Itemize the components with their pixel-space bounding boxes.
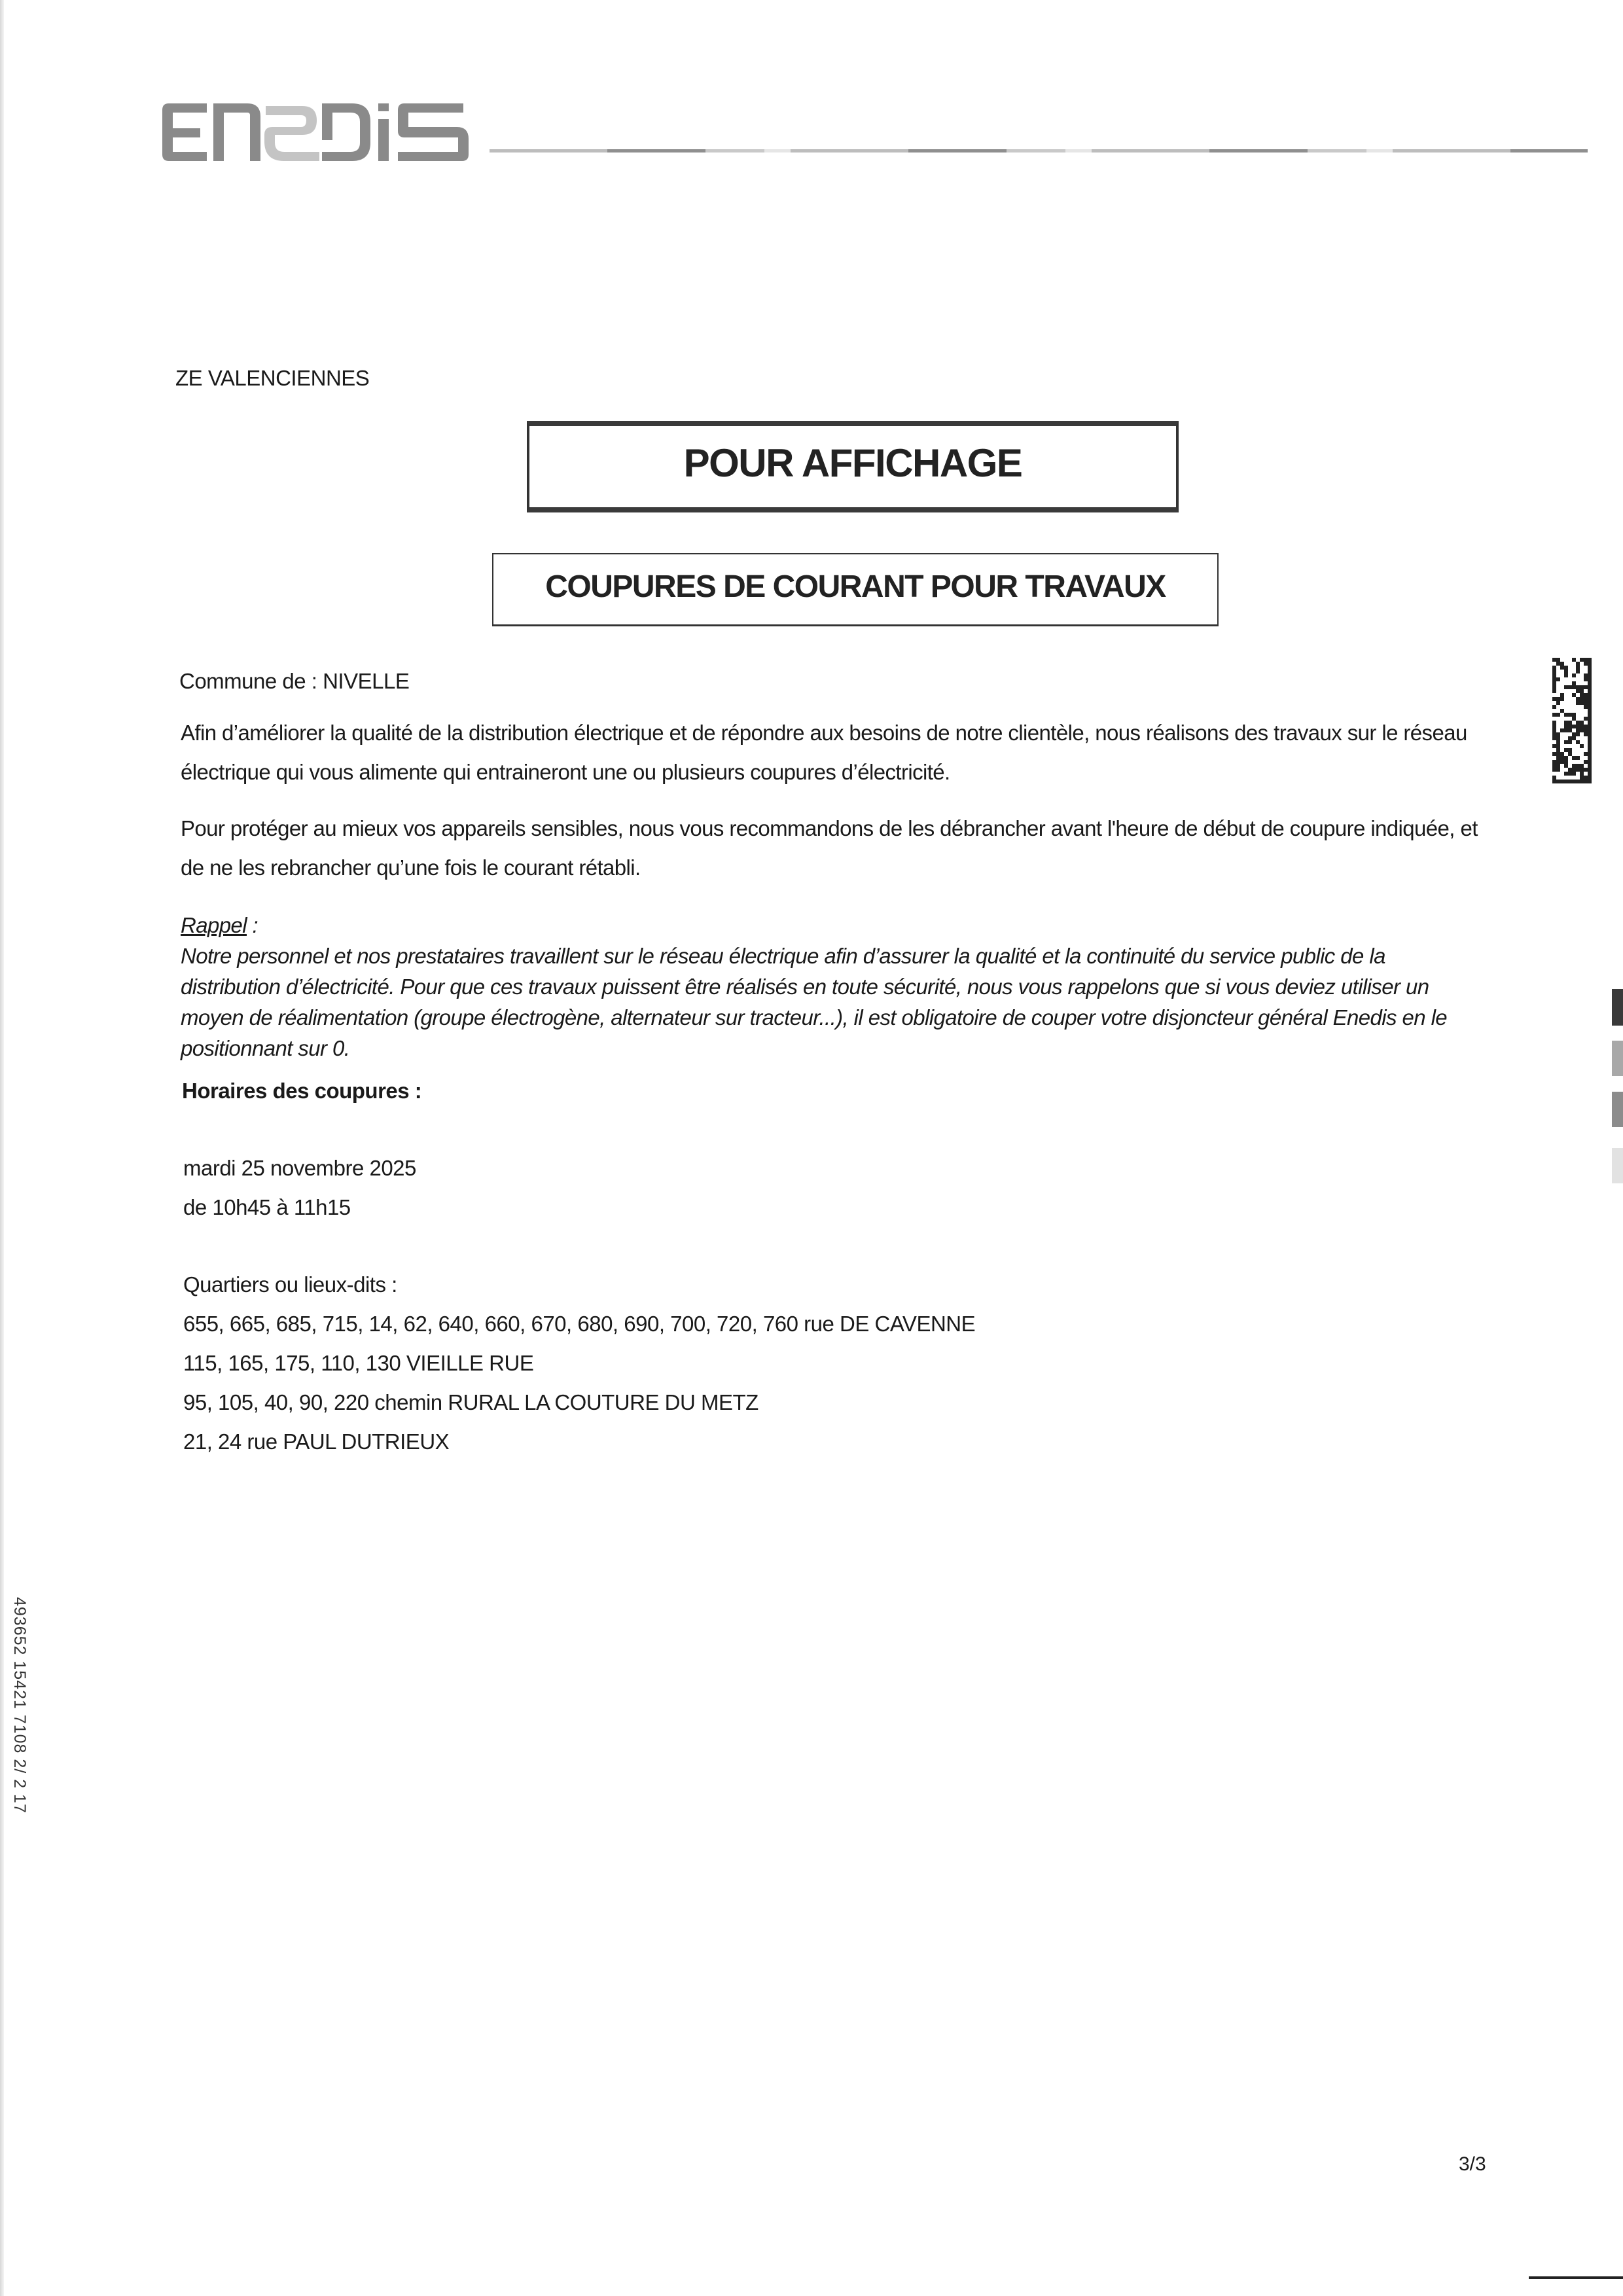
location-item: 21, 24 rue PAUL DUTRIEUX xyxy=(183,1431,449,1452)
reminder-colon: : xyxy=(247,913,258,937)
location-item: 95, 105, 40, 90, 220 chemin RURAL LA COU… xyxy=(183,1391,758,1413)
subtitle-box: COUPURES DE COURANT POUR TRAVAUX xyxy=(492,553,1219,626)
margin-print-code-text: 493652 15421 7108 2/ 2 17 xyxy=(10,1597,29,1814)
registration-mark xyxy=(1612,989,1623,1026)
enedis-logo-icon xyxy=(162,103,470,162)
protection-paragraph: Pour protéger au mieux vos appareils sen… xyxy=(181,809,1483,888)
locations-heading: Quartiers ou lieux-dits : xyxy=(183,1274,397,1295)
enedis-logo xyxy=(162,103,470,162)
schedule-heading: Horaires des coupures : xyxy=(182,1080,421,1102)
scan-margin-edge xyxy=(0,0,4,2296)
intro-paragraph: Afin d’améliorer la qualité de la distri… xyxy=(181,713,1483,792)
reminder-label: Rappel xyxy=(181,913,247,937)
banner-title: POUR AFFICHAGE xyxy=(529,440,1176,486)
margin-print-code: 493652 15421 7108 2/ 2 17 xyxy=(3,1597,29,1872)
reminder-block: Rappel : Notre personnel et nos prestata… xyxy=(181,910,1483,1064)
subtitle: COUPURES DE COURANT POUR TRAVAUX xyxy=(493,569,1217,605)
location-item: 115, 165, 175, 110, 130 VIEILLE RUE xyxy=(183,1352,533,1374)
page-number: 3/3 xyxy=(1459,2153,1486,2176)
datamatrix-barcode-icon xyxy=(1552,658,1593,786)
schedule-date: mardi 25 novembre 2025 xyxy=(183,1157,416,1179)
zone-label: ZE VALENCIENNES xyxy=(175,367,369,389)
registration-mark xyxy=(1612,1041,1623,1076)
commune-label: Commune de : NIVELLE xyxy=(179,670,409,692)
registration-mark xyxy=(1612,1148,1623,1183)
banner-box: POUR AFFICHAGE xyxy=(527,421,1179,512)
location-item: 655, 665, 685, 715, 14, 62, 640, 660, 67… xyxy=(183,1313,975,1335)
schedule-time: de 10h45 à 11h15 xyxy=(183,1196,351,1218)
registration-mark xyxy=(1612,1092,1623,1127)
header-rule xyxy=(490,149,1588,152)
footer-rule xyxy=(1529,2276,1623,2279)
reminder-text: Notre personnel et nos prestataires trav… xyxy=(181,944,1447,1060)
